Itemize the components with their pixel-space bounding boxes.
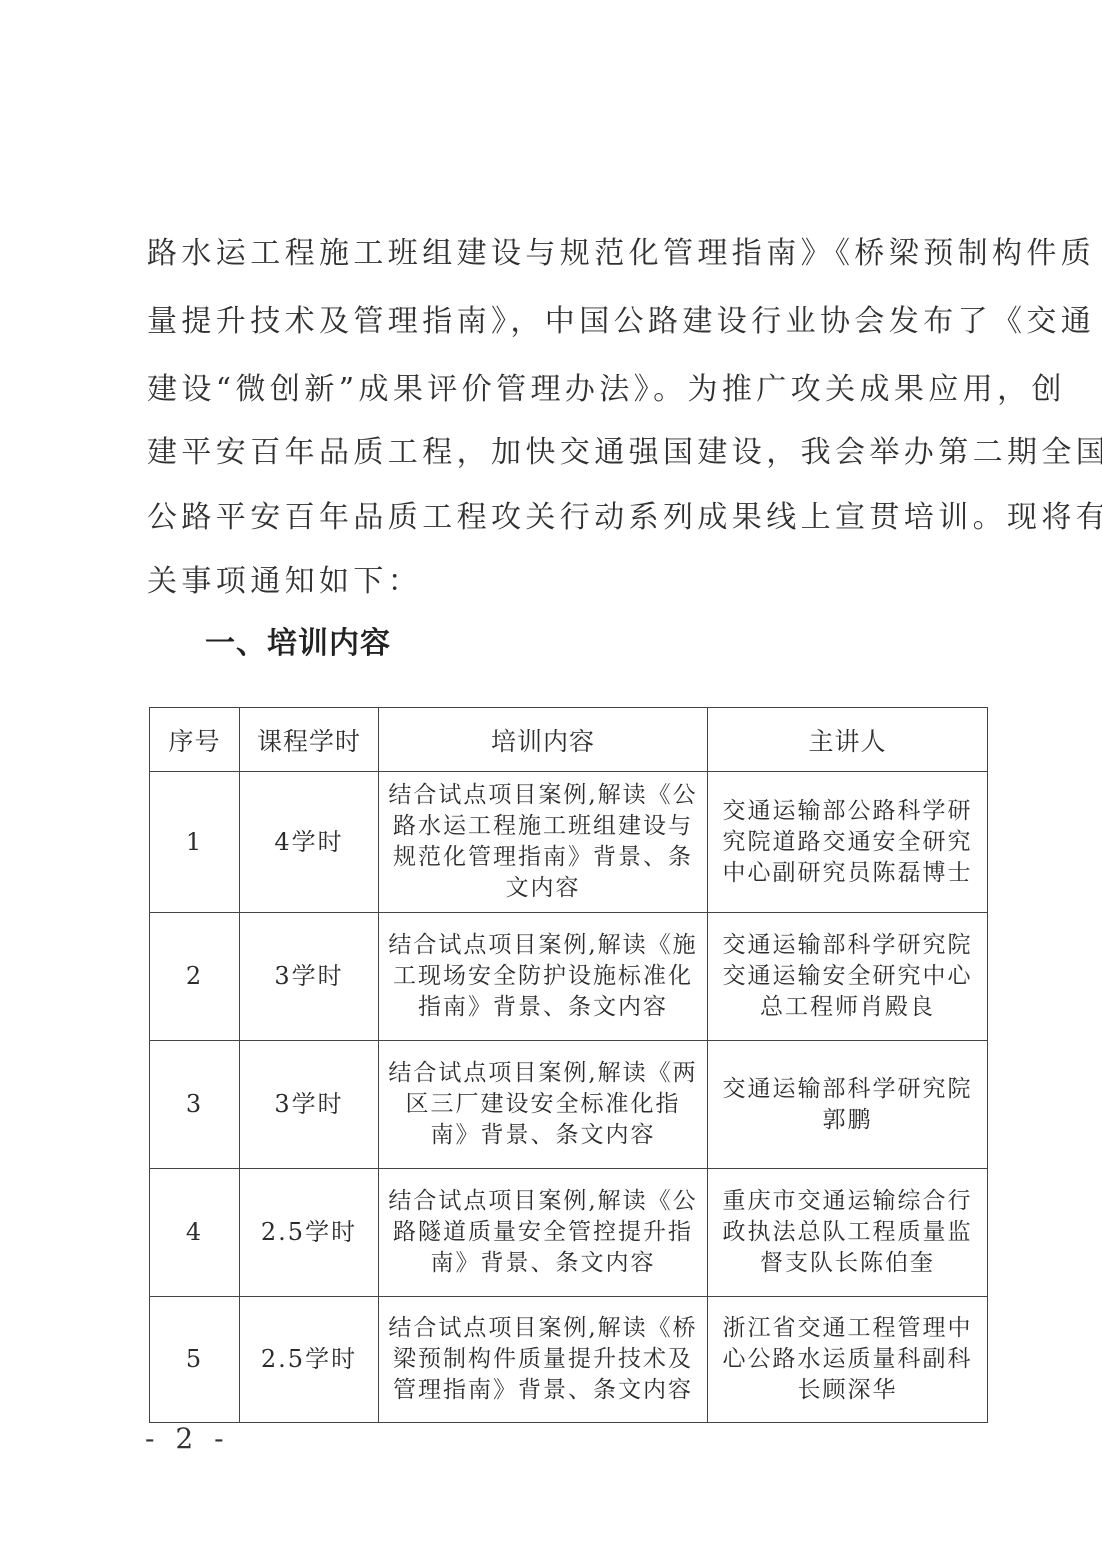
cell-speaker: 交通运输部公路科学研究院道路交通安全研究中心副研究员陈磊博士 — [708, 772, 988, 913]
paragraph-line: 路水运工程施工班组建设与规范化管理指南》《桥梁预制构件质 — [147, 228, 1095, 272]
training-table: 序号 课程学时 培训内容 主讲人 1 4学时 结合试点项目案例,解读《公路水运工… — [149, 707, 988, 1423]
paragraph-line: 公路平安百年品质工程攻关行动系列成果线上宣贯培训。现将有 — [147, 492, 1102, 536]
cell-hours: 4学时 — [240, 772, 379, 913]
header-no: 序号 — [150, 708, 240, 772]
cell-content: 结合试点项目案例,解读《公路水运工程施工班组建设与规范化管理指南》背景、条文内容 — [379, 772, 708, 913]
cell-hours: 2.5学时 — [240, 1297, 379, 1423]
section-heading: 一、培训内容 — [205, 618, 391, 662]
cell-speaker: 重庆市交通运输综合行政执法总队工程质量监督支队长陈伯奎 — [708, 1169, 988, 1297]
cell-content: 结合试点项目案例,解读《桥梁预制构件质量提升技术及管理指南》背景、条文内容 — [379, 1297, 708, 1423]
paragraph-line: 量提升技术及管理指南》，中国公路建设行业协会发布了《交通 — [147, 296, 1095, 340]
header-speaker: 主讲人 — [708, 708, 988, 772]
header-content: 培训内容 — [379, 708, 708, 772]
page-number: - 2 - — [145, 1422, 230, 1455]
cell-speaker: 交通运输部科学研究院交通运输安全研究中心总工程师肖殿良 — [708, 913, 988, 1041]
cell-no: 5 — [150, 1297, 240, 1423]
cell-content: 结合试点项目案例,解读《公路隧道质量安全管控提升指南》背景、条文内容 — [379, 1169, 708, 1297]
cell-no: 4 — [150, 1169, 240, 1297]
cell-content: 结合试点项目案例,解读《施工现场安全防护设施标准化指南》背景、条文内容 — [379, 913, 708, 1041]
cell-content: 结合试点项目案例,解读《两区三厂建设安全标准化指南》背景、条文内容 — [379, 1041, 708, 1169]
table-header-row: 序号 课程学时 培训内容 主讲人 — [150, 708, 988, 772]
cell-no: 1 — [150, 772, 240, 913]
table-row: 5 2.5学时 结合试点项目案例,解读《桥梁预制构件质量提升技术及管理指南》背景… — [150, 1297, 988, 1423]
header-hours: 课程学时 — [240, 708, 379, 772]
paragraph-line: 关事项通知如下： — [147, 556, 422, 600]
table-row: 3 3学时 结合试点项目案例,解读《两区三厂建设安全标准化指南》背景、条文内容 … — [150, 1041, 988, 1169]
cell-hours: 2.5学时 — [240, 1169, 379, 1297]
cell-speaker: 交通运输部科学研究院郭鹏 — [708, 1041, 988, 1169]
cell-no: 2 — [150, 913, 240, 1041]
table-row: 2 3学时 结合试点项目案例,解读《施工现场安全防护设施标准化指南》背景、条文内… — [150, 913, 988, 1041]
cell-speaker: 浙江省交通工程管理中心公路水运质量科副科长顾深华 — [708, 1297, 988, 1423]
paragraph-line: 建平安百年品质工程，加快交通强国建设，我会举办第二期全国 — [147, 427, 1102, 471]
table-row: 4 2.5学时 结合试点项目案例,解读《公路隧道质量安全管控提升指南》背景、条文… — [150, 1169, 988, 1297]
table-row: 1 4学时 结合试点项目案例,解读《公路水运工程施工班组建设与规范化管理指南》背… — [150, 772, 988, 913]
paragraph-line: 建设“微创新”成果评价管理办法》。为推广攻关成果应用，创 — [147, 364, 1066, 408]
cell-hours: 3学时 — [240, 913, 379, 1041]
cell-no: 3 — [150, 1041, 240, 1169]
cell-hours: 3学时 — [240, 1041, 379, 1169]
